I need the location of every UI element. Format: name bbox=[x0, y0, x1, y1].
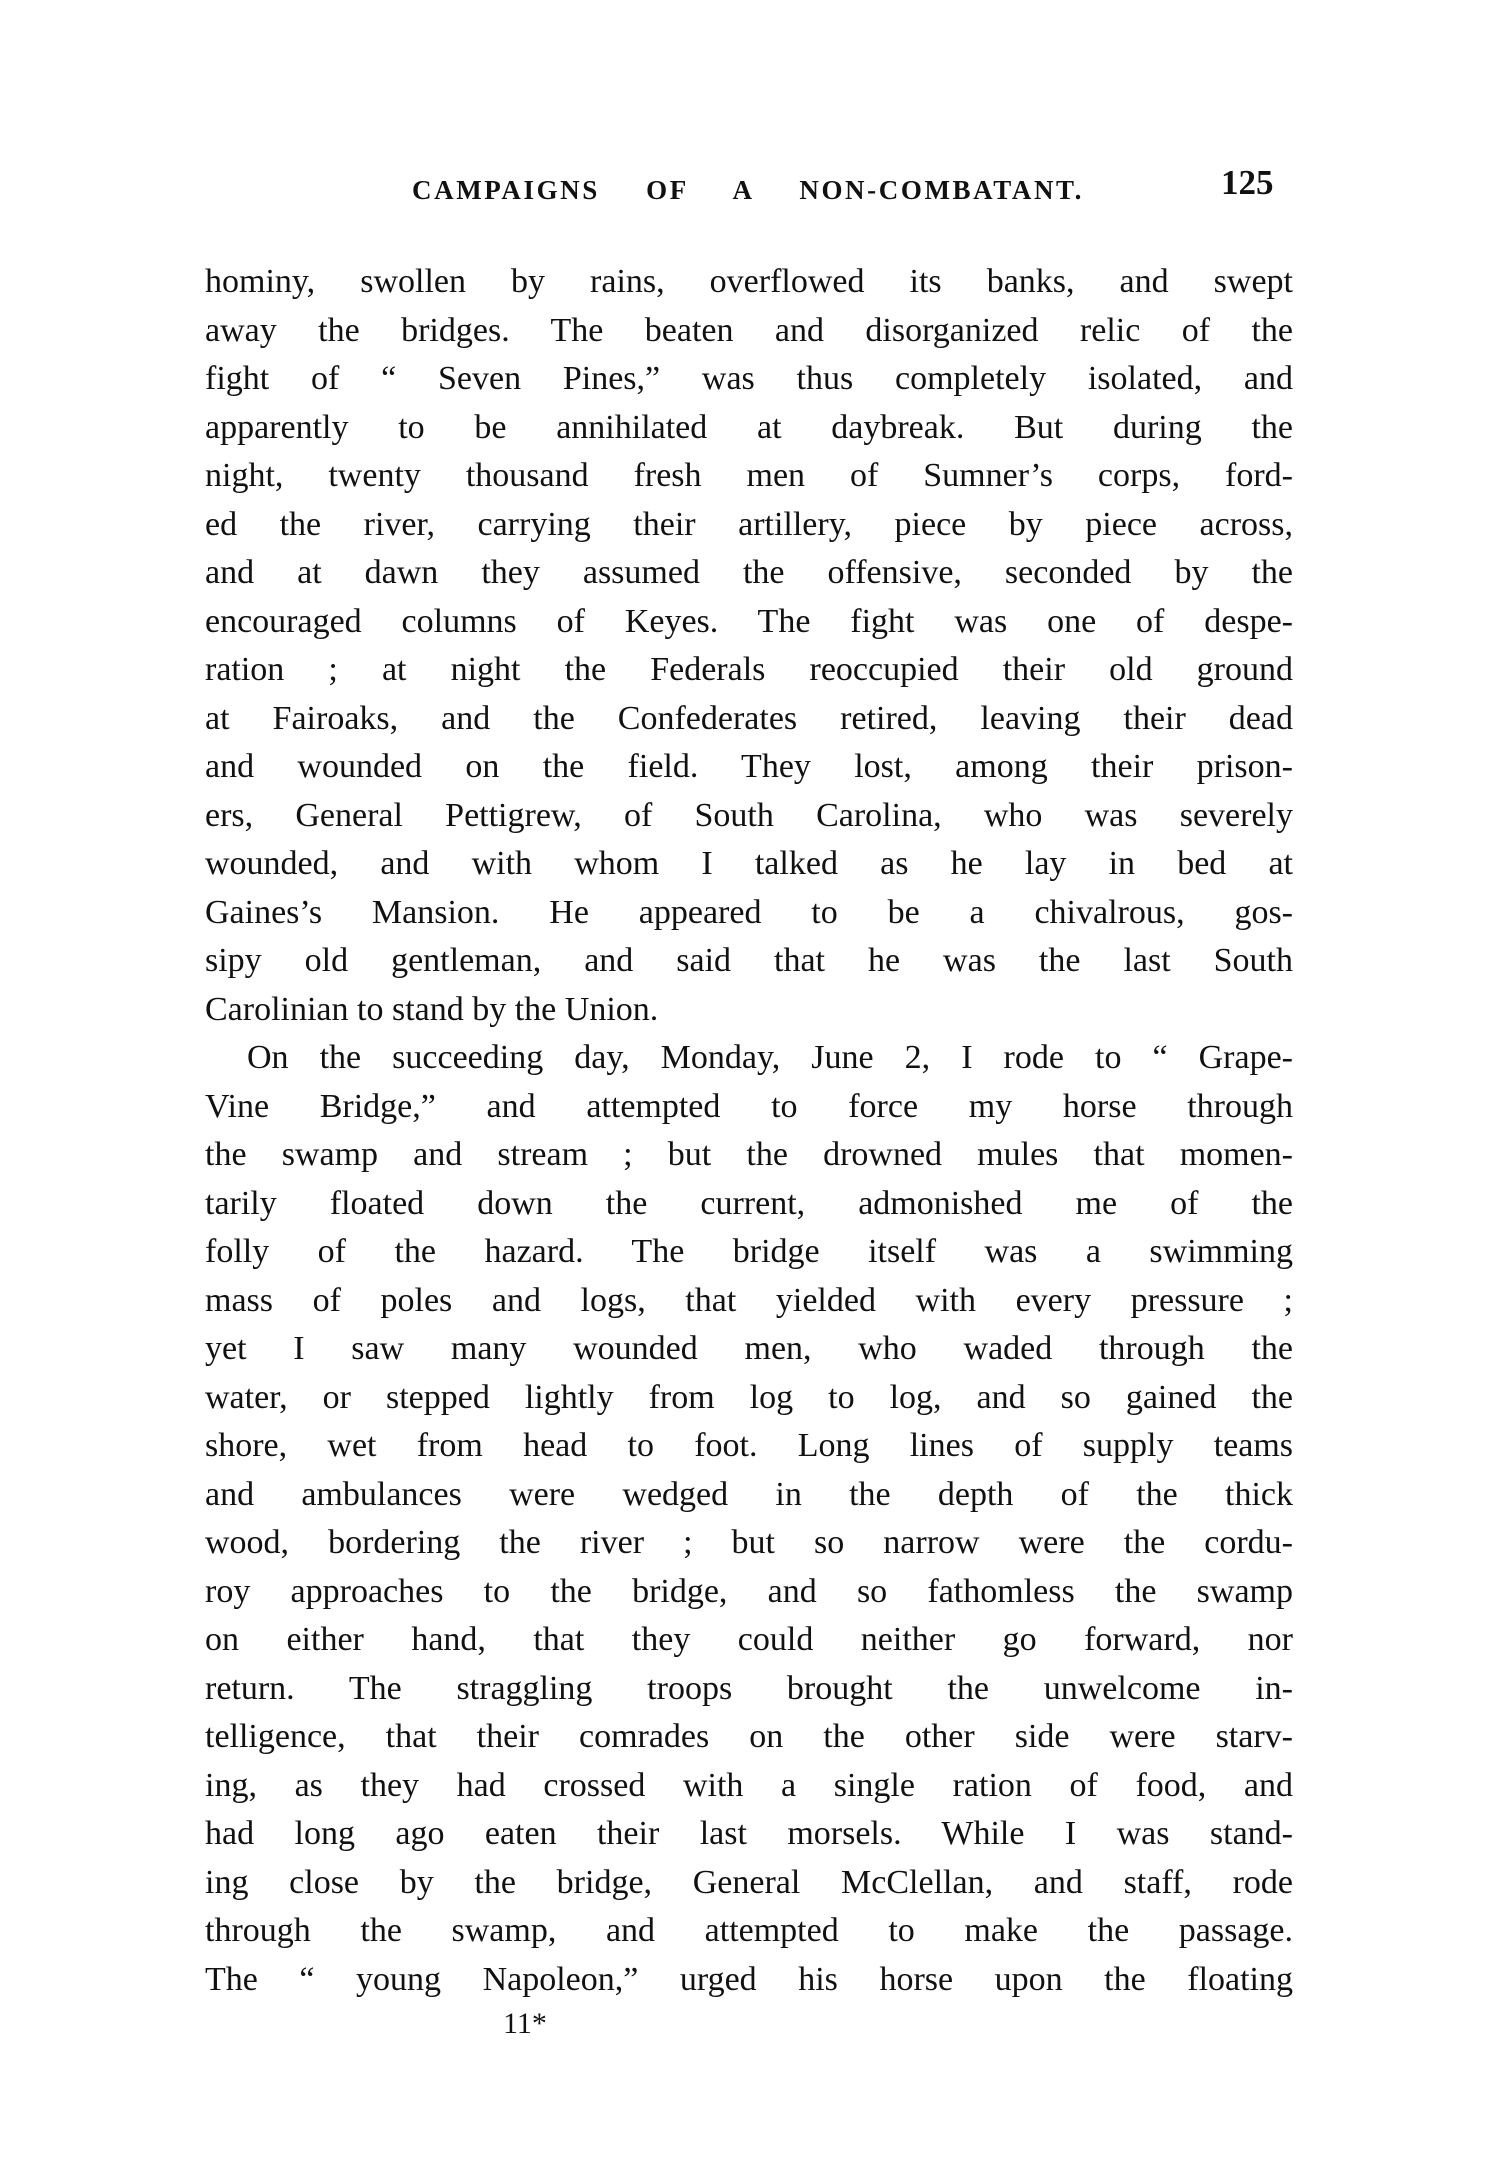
text-line: ing, as they had crossed with a single r… bbox=[205, 1762, 1293, 1811]
text-line: return. The straggling troops brought th… bbox=[205, 1665, 1293, 1714]
text-line: yet I saw many wounded men, who waded th… bbox=[205, 1325, 1293, 1374]
text-line: telligence, that their comrades on the o… bbox=[205, 1713, 1293, 1762]
text-line: away the bridges. The beaten and disorga… bbox=[205, 307, 1293, 356]
running-head-title: CAMPAIGNS OF A NON-COMBATANT. bbox=[412, 172, 1084, 208]
text-line: Carolinian to stand by the Union. bbox=[205, 986, 1293, 1035]
text-line: sipy old gentleman, and said that he was… bbox=[205, 937, 1293, 986]
text-line: Vine Bridge,” and attempted to force my … bbox=[205, 1083, 1293, 1132]
text-line: ration ; at night the Federals reoccupie… bbox=[205, 646, 1293, 695]
text-line: ed the river, carrying their artillery, … bbox=[205, 501, 1293, 550]
paragraph-1: hominy, swollen by rains, overflowed its… bbox=[205, 258, 1293, 1034]
text-line: fight of “ Seven Pines,” was thus comple… bbox=[205, 355, 1293, 404]
text-line: Gaines’s Mansion. He appeared to be a ch… bbox=[205, 889, 1293, 938]
text-line: tarily floated down the current, admonis… bbox=[205, 1180, 1293, 1229]
text-line: encouraged columns of Keyes. The fight w… bbox=[205, 598, 1293, 647]
text-line: roy approaches to the bridge, and so fat… bbox=[205, 1568, 1293, 1617]
text-line: wood, bordering the river ; but so narro… bbox=[205, 1519, 1293, 1568]
text-line: On the succeeding day, Monday, June 2, I… bbox=[205, 1034, 1293, 1083]
text-line: water, or stepped lightly from log to lo… bbox=[205, 1374, 1293, 1423]
page-number: 125 bbox=[1221, 163, 1274, 203]
text-line: had long ago eaten their last morsels. W… bbox=[205, 1810, 1293, 1859]
text-line: shore, wet from head to foot. Long lines… bbox=[205, 1422, 1293, 1471]
text-line: the swamp and stream ; but the drowned m… bbox=[205, 1131, 1293, 1180]
text-line: and wounded on the field. They lost, amo… bbox=[205, 743, 1293, 792]
signature-mark: 11* bbox=[503, 2004, 547, 2044]
text-line: wounded, and with whom I talked as he la… bbox=[205, 840, 1293, 889]
paragraph-2: On the succeeding day, Monday, June 2, I… bbox=[205, 1034, 1293, 2004]
text-line: The “ young Napoleon,” urged his horse u… bbox=[205, 1956, 1293, 2005]
text-line: at Fairoaks, and the Confederates retire… bbox=[205, 695, 1293, 744]
text-line: ing close by the bridge, General McClell… bbox=[205, 1859, 1293, 1908]
book-page: CAMPAIGNS OF A NON-COMBATANT. 125 hominy… bbox=[0, 0, 1504, 2183]
text-line: through the swamp, and attempted to make… bbox=[205, 1907, 1293, 1956]
text-line: apparently to be annihilated at daybreak… bbox=[205, 404, 1293, 453]
text-line: and ambulances were wedged in the depth … bbox=[205, 1471, 1293, 1520]
text-line: mass of poles and logs, that yielded wit… bbox=[205, 1277, 1293, 1326]
text-line: night, twenty thousand fresh men of Sumn… bbox=[205, 452, 1293, 501]
body-text: hominy, swollen by rains, overflowed its… bbox=[205, 258, 1293, 2004]
text-line: hominy, swollen by rains, overflowed its… bbox=[205, 258, 1293, 307]
text-line: ers, General Pettigrew, of South Carolin… bbox=[205, 792, 1293, 841]
text-line: and at dawn they assumed the offensive, … bbox=[205, 549, 1293, 598]
text-line: on either hand, that they could neither … bbox=[205, 1616, 1293, 1665]
text-line: folly of the hazard. The bridge itself w… bbox=[205, 1228, 1293, 1277]
